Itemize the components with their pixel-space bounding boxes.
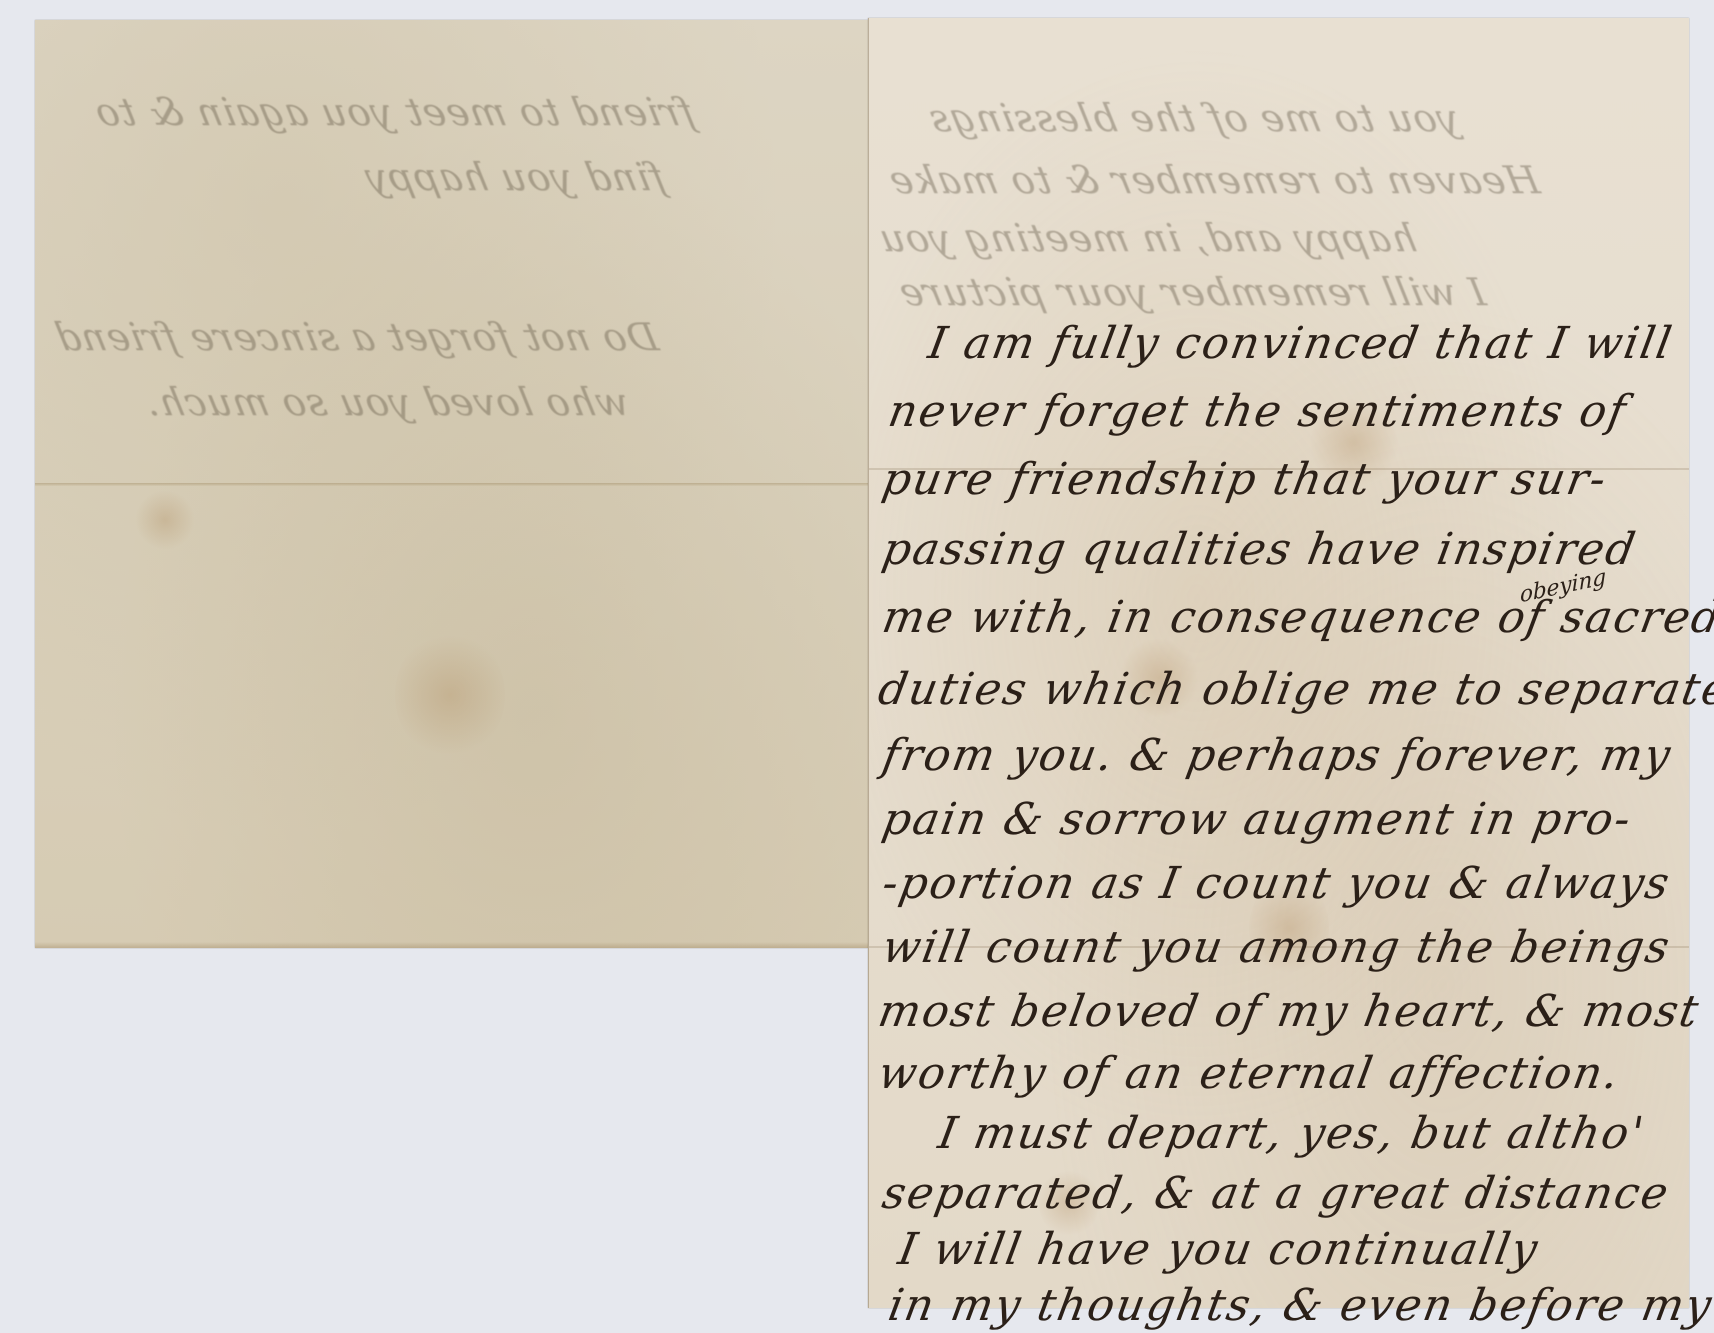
bleed-through-text: who loved you so much. (140, 380, 632, 424)
bleed-through-text: happy and, in meeting you (874, 216, 1420, 260)
letter-line: I must depart, yes, but altho' (935, 1108, 1649, 1159)
fold-crease (35, 483, 868, 486)
letter-line: in my thoughts, & even before my (885, 1280, 1714, 1331)
letter-line: I will have you continually (895, 1224, 1543, 1275)
bleed-through-text: Heaven to remember & to make (884, 158, 1543, 202)
letter-left-page: friend to meet you again & to find you h… (35, 20, 868, 948)
bleed-through-text: I will remember your picture (894, 270, 1489, 314)
letter-line: pain & sorrow augment in pro- (879, 794, 1637, 845)
letter-line: me with, in consequence of sacred (879, 592, 1714, 643)
paper-stain (395, 630, 505, 760)
letter-line: I am fully convinced that I will (925, 318, 1678, 369)
bleed-through-text: friend to meet you again & to (90, 90, 698, 134)
bleed-through-text: Do not forget a sincere friend (50, 315, 662, 359)
letter-line: from you. & perhaps forever, my (879, 730, 1676, 781)
letter-right-page: you to me of the blessings Heaven to rem… (868, 18, 1689, 1308)
letter-line: separated, & at a great distance (879, 1168, 1674, 1219)
letter-line: pure friendship that your sur- (879, 454, 1612, 505)
letter-line: -portion as I count you & always (879, 858, 1675, 909)
bleed-through-text: find you happy (360, 155, 669, 199)
torn-edge (35, 942, 868, 948)
bleed-through-text: you to me of the blessings (924, 96, 1463, 140)
letter-line: duties which oblige me to separate (875, 664, 1714, 715)
paper-stain (135, 490, 195, 550)
letter-line: worthy of an eternal affection. (875, 1048, 1625, 1099)
letter-line: never forget the sentiments of (885, 386, 1632, 437)
letter-line: passing qualities have inspired (879, 524, 1641, 575)
letter-line: will count you among the beings (879, 922, 1675, 973)
letter-line: most beloved of my heart, & most (875, 986, 1705, 1037)
